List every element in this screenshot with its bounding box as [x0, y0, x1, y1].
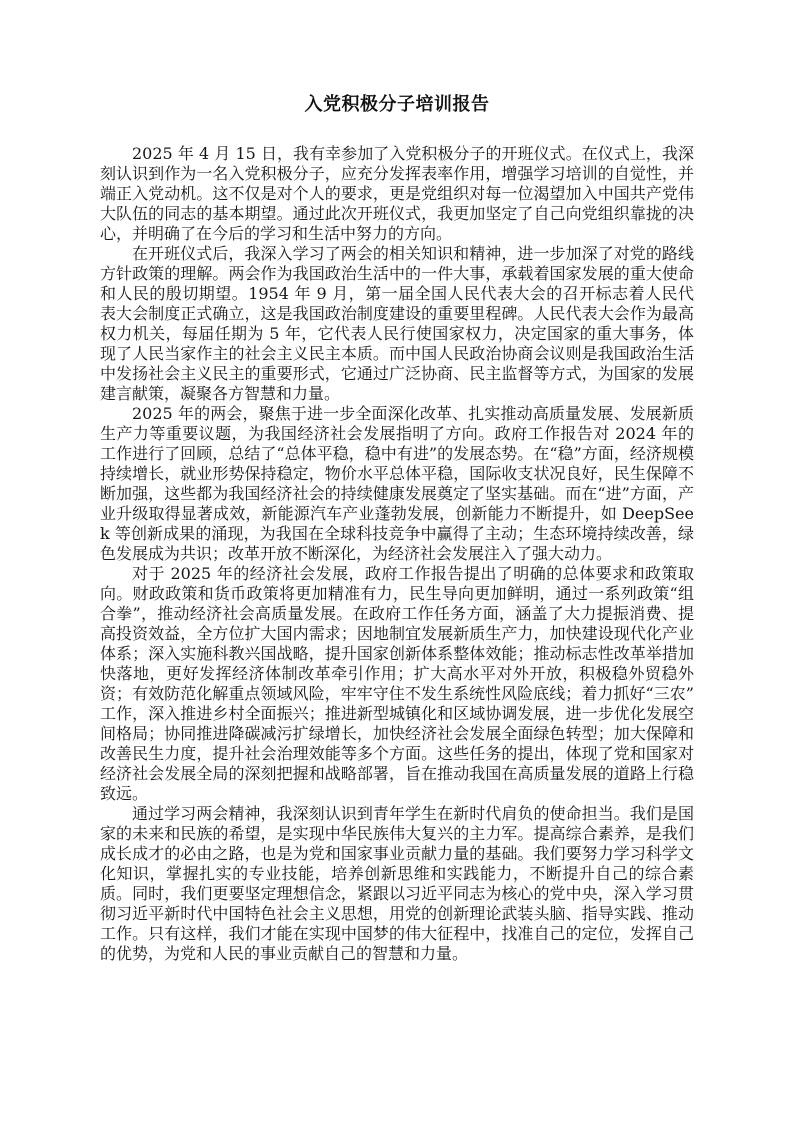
paragraph-youth-mission: 通过学习两会精神，我深刻认识到青年学生在新时代肩负的使命担当。我们是国家的未来和… — [100, 804, 694, 964]
document-title: 入党积极分子培训报告 — [100, 92, 694, 118]
paragraph-two-sessions-history: 在开班仪式后，我深入学习了两会的相关知识和精神，进一步加深了对党的路线方针政策的… — [100, 244, 694, 404]
paragraph-2025-policy-tasks: 对于 2025 年的经济社会发展，政府工作报告提出了明确的总体要求和政策取向。财… — [100, 564, 694, 804]
paragraph-2025-two-sessions: 2025 年的两会，聚焦于进一步全面深化改革、扎实推动高质量发展、发展新质生产力… — [100, 404, 694, 564]
document-page: 入党积极分子培训报告 2025 年 4 月 15 日，我有幸参加了入党积极分子的… — [0, 0, 793, 1122]
paragraph-opening-ceremony: 2025 年 4 月 15 日，我有幸参加了入党积极分子的开班仪式。在仪式上，我… — [100, 144, 694, 244]
